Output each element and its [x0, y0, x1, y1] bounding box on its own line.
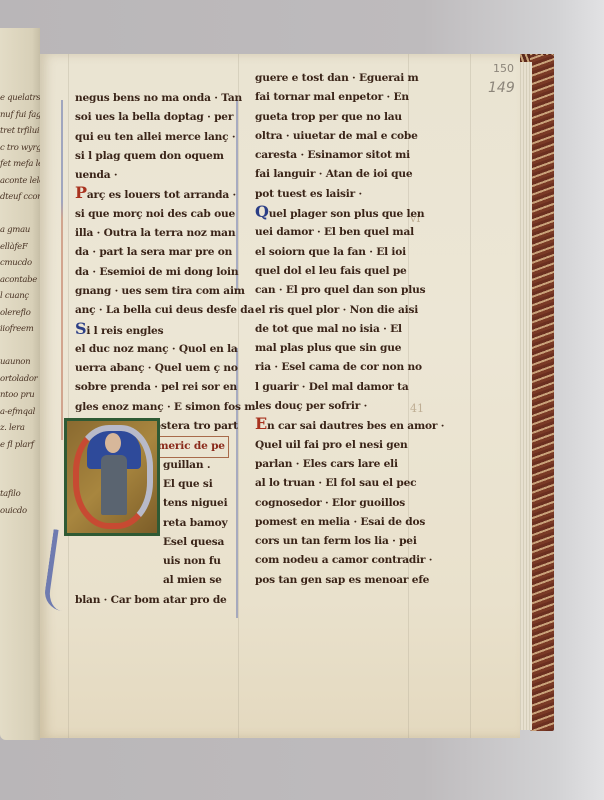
text-line: cors un tan ferm los lia · pei	[255, 532, 444, 551]
left-page-text-line: a gmau	[0, 222, 40, 239]
text-line: gueta trop per que no lau	[255, 108, 444, 127]
text-line: negus bens no ma onda · Tan	[75, 89, 261, 108]
text-line: parlan · Eles cars lare eli	[255, 455, 444, 474]
text-line: Quel plager son plus que len	[255, 204, 444, 223]
text-line: el ris quel plor · Non die aisi	[255, 301, 444, 320]
text-line: l guarir · Del mal damor ta	[255, 378, 444, 397]
text-line: pomest en melia · Esai de dos	[255, 513, 444, 532]
left-page-text-line: dteuf ccont	[0, 189, 40, 206]
facing-left-page: e quelatrsnuf fui fagntret trfiluic tro …	[0, 28, 40, 740]
left-page-text-line: e quelatrs	[0, 90, 40, 107]
ruling-line	[470, 54, 471, 738]
left-page-text-line: ntoo pru	[0, 387, 40, 404]
text-line: les douç per sofrir ·	[255, 397, 444, 416]
left-page-text-line: e fl plarf	[0, 437, 40, 454]
folio-number-lower: 149	[488, 80, 515, 96]
text-line: guere e tost dan · Eguerai m	[255, 69, 444, 88]
text-line: el soiorn que la fan · El ioi	[255, 243, 444, 262]
text-line: can · El pro quel dan son plus	[255, 281, 444, 300]
text-line: quel dol el leu fais quel pe	[255, 262, 444, 281]
left-page-text-line: a-efmqal	[0, 404, 40, 421]
text-line: pot tuest es laisir ·	[255, 185, 444, 204]
text-line: soi ues la bella doptag · per	[75, 108, 261, 127]
text-line: uenda ·	[75, 166, 261, 185]
text-line: pos tan gen sap es menoar efe	[255, 571, 444, 590]
text-line: gnang · ues sem tira com aim	[75, 282, 261, 301]
text-line: el duc noz manç · Quol en la	[75, 340, 261, 359]
initial-letter: E	[255, 416, 267, 432]
left-page-text-line: olereflo	[0, 305, 40, 322]
text-line: fai tornar mal enpetor · En	[255, 88, 444, 107]
pen-flourish	[61, 100, 63, 440]
left-page-text-line: ouicdo	[0, 503, 40, 520]
left-page-text-line: z. lera	[0, 420, 40, 437]
text-line: si l plag quem don oquem	[75, 147, 261, 166]
text-line: caresta · Esinamor sitot mi	[255, 146, 444, 165]
text-line: mal plas plus que sin gue	[255, 339, 444, 358]
text-line: da · Esemioi de mi dong loin	[75, 263, 261, 282]
text-line: oltra · uiuetar de mal e cobe	[255, 127, 444, 146]
left-page-text-line: acontabe	[0, 272, 40, 289]
text-line: fai languir · Atan de ioi que	[255, 165, 444, 184]
left-page-text-line: tret trfilui	[0, 123, 40, 140]
left-page-text-line: ellàfeF	[0, 239, 40, 256]
text-line: uerra abanç · Quel uem ç no	[75, 359, 261, 378]
left-page-text-line: nuf fui fagn	[0, 107, 40, 124]
folio-number-upper: 150	[493, 62, 514, 75]
left-page-text-line: uaunon	[0, 354, 40, 371]
text-line: ria · Esel cama de cor non no	[255, 358, 444, 377]
text-line-content: arç es louers tot arranda ·	[87, 189, 236, 201]
left-page-text-line: cmucdo	[0, 255, 40, 272]
text-line: Quel uil fai pro el nesi gen	[255, 436, 444, 455]
text-line-content: uel plager son plus que len	[269, 208, 425, 220]
text-line: illa · Outra la terra noz man	[75, 224, 261, 243]
binding-cover-right-edge	[530, 55, 554, 731]
initial-letter: P	[75, 185, 87, 201]
text-line: qui eu ten allei merce lanç ·	[75, 128, 261, 147]
text-line: gles enoz manç · E simon fos m	[75, 398, 261, 417]
initial-letter-s-band	[73, 425, 153, 529]
text-line: si que morç noi des cab oue	[75, 205, 261, 224]
left-page-text-line: iiofreem	[0, 321, 40, 338]
left-page-text-line: tafilo	[0, 486, 40, 503]
text-line: da · part la sera mar pre on	[75, 243, 261, 262]
text-line-content: n car sai dautres bes en amor ·	[267, 420, 444, 432]
text-line: al mien se	[75, 571, 261, 590]
text-line: cognosedor · Elor guoillos	[255, 494, 444, 513]
text-line: En car sai dautres bes en amor ·	[255, 416, 444, 435]
text-line: blan · Car bom atar pro de	[75, 591, 261, 610]
text-line: com nodeu a camor contradir ·	[255, 551, 444, 570]
text-line: uei damor · El ben quel mal	[255, 223, 444, 242]
text-line: Parç es louers tot arranda ·	[75, 185, 261, 204]
text-line: al lo truan · El fol sau el pec	[255, 474, 444, 493]
text-line-content: i l reis engles	[86, 325, 163, 337]
left-page-text-line: ortolador	[0, 371, 40, 388]
left-page-text-line: fet mefa le	[0, 156, 40, 173]
initial-letter: Q	[255, 204, 269, 220]
text-line: de tot que mal no isia · El	[255, 320, 444, 339]
ruling-line	[68, 54, 69, 738]
left-page-text-line: l cuanç	[0, 288, 40, 305]
text-line: uis non fu	[75, 552, 261, 571]
left-page-text-line: c tro wyrgi	[0, 140, 40, 157]
text-column-right: guere e tost dan · Eguerai mfai tornar m…	[255, 69, 444, 590]
historiated-initial-s	[64, 418, 160, 536]
text-line: Si l reis engles	[75, 321, 261, 340]
text-line: anç · La bella cui deus desfe da ·	[75, 301, 261, 320]
initial-letter: S	[75, 321, 86, 337]
text-line: sobre prenda · pel rei sor en	[75, 378, 261, 397]
left-page-text-line: aconte lele	[0, 173, 40, 190]
